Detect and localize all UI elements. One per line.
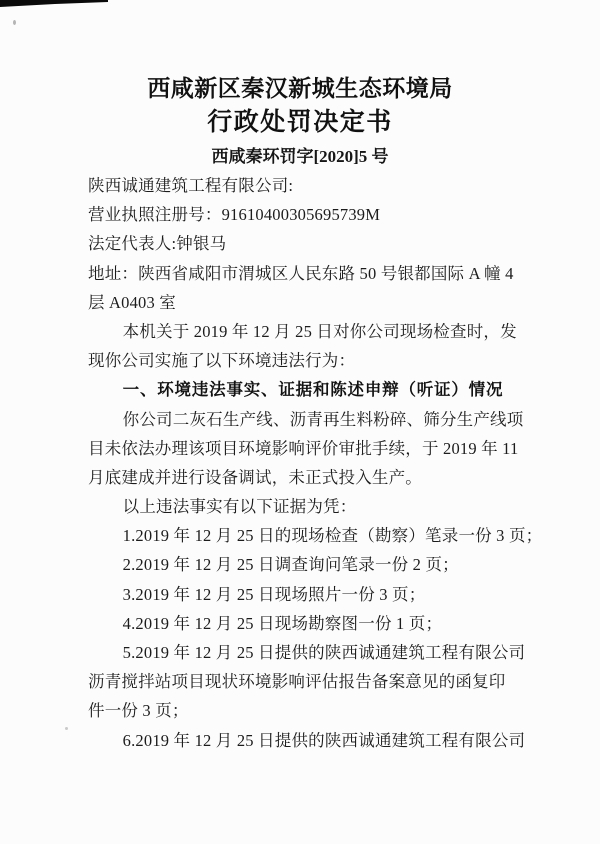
address-line-1: 地址：陕西省咸阳市渭城区人民东路 50 号银都国际 A 幢 4 [88, 259, 516, 288]
scan-artifact-top-edge [0, 0, 110, 8]
evidence-item-3: 3.2019 年 12 月 25 日现场照片一份 3 页； [88, 580, 516, 609]
evidence-item-2: 2.2019 年 12 月 25 日调查询问笔录一份 2 页； [88, 550, 516, 579]
evidence-intro-line: 以上违法事实有以下证据为凭： [88, 492, 516, 521]
intro-line-2: 现你公司实施了以下环境违法行为： [88, 346, 516, 375]
address-line-2: 层 A0403 室 [88, 288, 516, 317]
violation-line-3: 月底建成并进行设备调试，未正式投入生产。 [88, 463, 516, 492]
document-type-title: 行政处罚决定书 [0, 102, 600, 138]
evidence-item-1: 1.2019 年 12 月 25 日的现场检查（勘察）笔录一份 3 页； [88, 521, 516, 550]
intro-line-1: 本机关于 2019 年 12 月 25 日对你公司现场检查时，发 [88, 317, 516, 346]
license-number-line: 营业执照注册号：91610400305695739M [88, 200, 516, 229]
recipient-line: 陕西诚通建筑工程有限公司: [88, 171, 516, 200]
scan-speck [65, 727, 68, 730]
legal-rep-line: 法定代表人:钟银马 [88, 229, 516, 258]
evidence-item-5-line-3: 件一份 3 页； [88, 696, 516, 725]
scanned-document-page: 西咸新区秦汉新城生态环境局 行政处罚决定书 西咸秦环罚字[2020]5 号 陕西… [0, 0, 600, 844]
evidence-item-6-line-1: 6.2019 年 12 月 25 日提供的陕西诚通建筑工程有限公司 [88, 726, 516, 755]
section-heading: 一、环境违法事实、证据和陈述申辩（听证）情况 [88, 375, 516, 404]
violation-line-1: 你公司二灰石生产线、沥青再生料粉碎、筛分生产线项 [88, 405, 516, 434]
issuing-authority-title: 西咸新区秦汉新城生态环境局 [0, 70, 600, 103]
evidence-item-5-line-2: 沥青搅拌站项目现状环境影响评估报告备案意见的函复印 [88, 667, 516, 696]
document-number: 西咸秦环罚字[2020]5 号 [0, 142, 600, 167]
scan-speck [13, 20, 16, 25]
document-body: 陕西诚通建筑工程有限公司: 营业执照注册号：91610400305695739M… [88, 171, 516, 755]
violation-line-2: 目未依法办理该项目环境影响评价审批手续，于 2019 年 11 [88, 434, 516, 463]
evidence-item-5-line-1: 5.2019 年 12 月 25 日提供的陕西诚通建筑工程有限公司 [88, 638, 516, 667]
evidence-item-4: 4.2019 年 12 月 25 日现场勘察图一份 1 页； [88, 609, 516, 638]
